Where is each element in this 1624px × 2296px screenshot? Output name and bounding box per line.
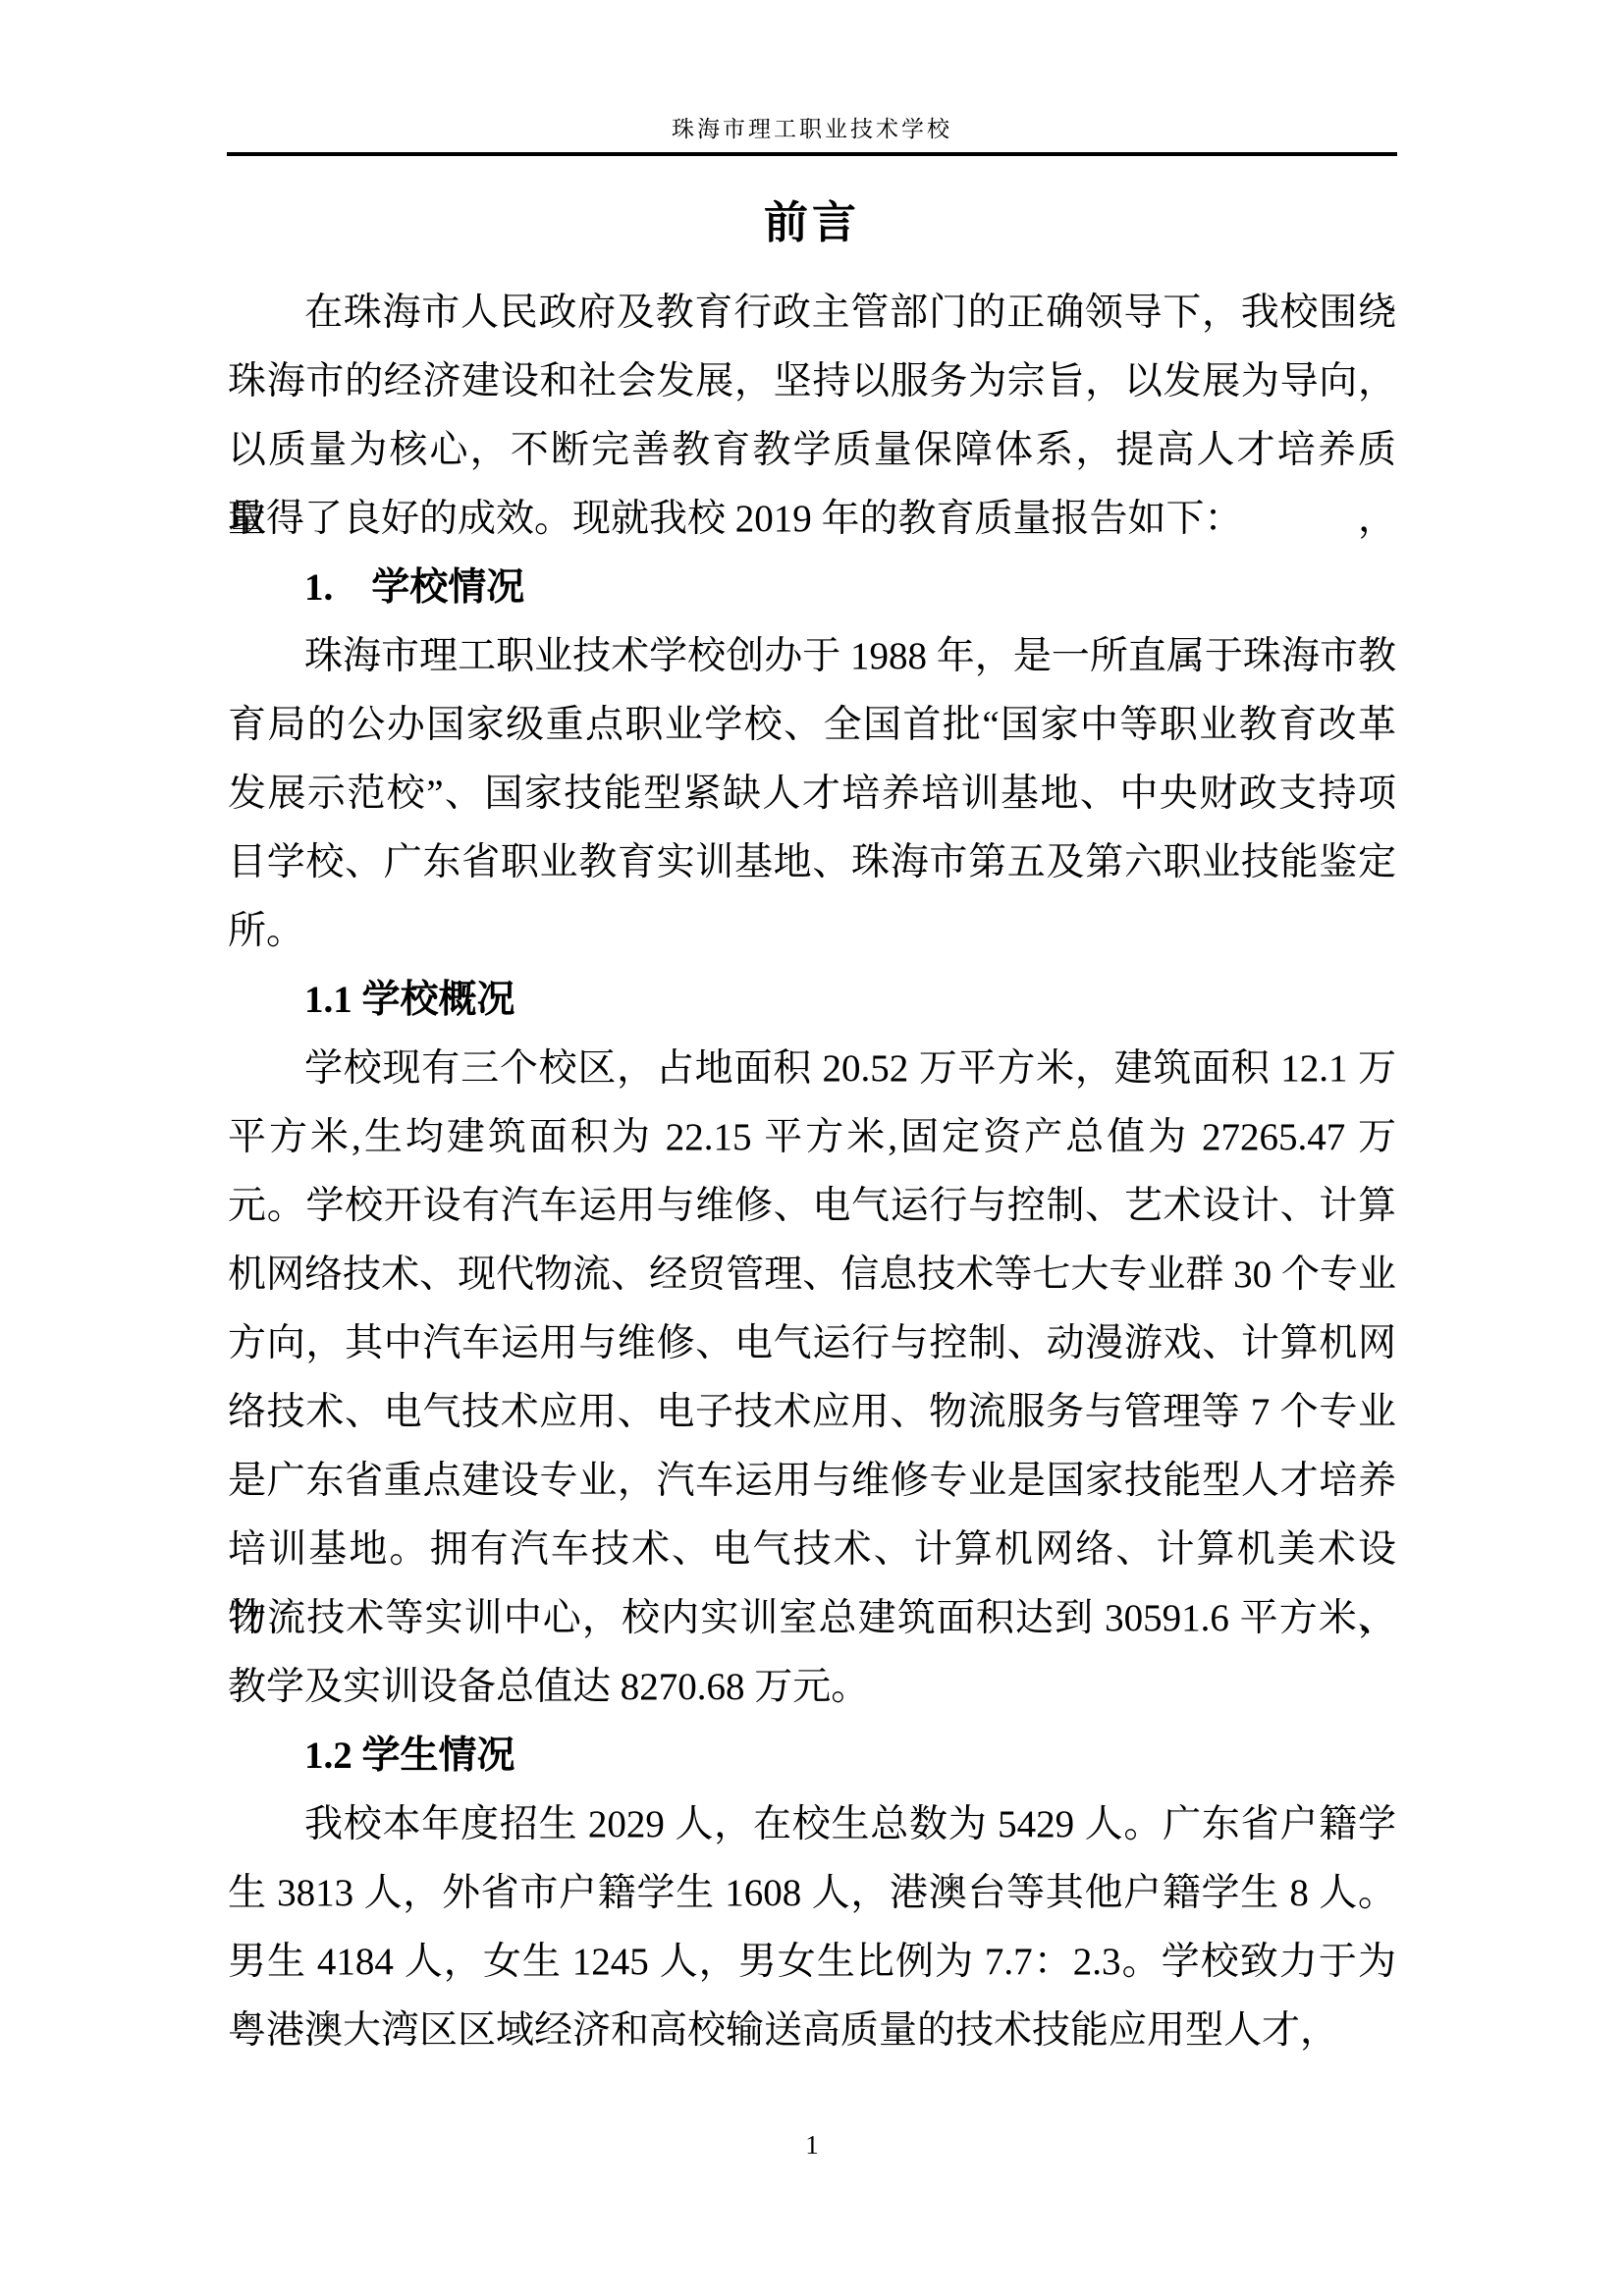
paragraph-3-line-5: 方向，其中汽车运用与维修、电气运行与控制、动漫游戏、计算机网 [228,1309,1396,1378]
paragraph-2-line-3: 发展示范校”、国家技能型紧缺人才培养培训基地、中央财政支持项 [228,760,1396,828]
paragraph-4-line-2: 生 3813 人，外省市户籍学生 1608 人，港澳台等其他户籍学生 8 人。 [228,1859,1396,1928]
paragraph-2-line-2: 育局的公办国家级重点职业学校、全国首批“国家中等职业教育改革 [228,691,1396,760]
header-rule [227,152,1397,156]
paragraph-1-line-3: 以质量为核心，不断完善教育教学质量保障体系，提高人才培养质量， [228,416,1396,485]
paragraph-3-line-1: 学校现有三个校区，占地面积 20.52 万平方米，建筑面积 12.1 万 [228,1035,1396,1103]
paragraph-4-line-4: 粤港澳大湾区区域经济和高校输送高质量的技术技能应用型人才， [228,1997,1396,2065]
document-body: 在珠海市人民政府及教育行政主管部门的正确领导下，我校围绕 珠海市的经济建设和社会… [228,279,1396,2065]
section-heading-1: 1. 学校情况 [228,554,1396,622]
paragraph-2-line-5: 所。 [228,897,1396,966]
paragraph-3-line-7: 是广东省重点建设专业，汽车运用与维修专业是国家技能型人才培养 [228,1447,1396,1516]
running-header-text: 珠海市理工职业技术学校 [672,117,952,141]
page-number: 1 [0,2128,1624,2162]
paragraph-1-line-1: 在珠海市人民政府及教育行政主管部门的正确领导下，我校围绕 [228,279,1396,347]
paragraph-3-line-8: 培训基地。拥有汽车技术、电气技术、计算机网络、计算机美术设计、 [228,1516,1396,1584]
paragraph-3-line-3: 元。学校开设有汽车运用与维修、电气运行与控制、艺术设计、计算 [228,1172,1396,1241]
document-page: 珠海市理工职业技术学校 前言 在珠海市人民政府及教育行政主管部门的正确领导下，我… [0,0,1624,2296]
section-heading-1-1: 1.1 学校概况 [228,966,1396,1035]
paragraph-3-line-4: 机网络技术、现代物流、经贸管理、信息技术等七大专业群 30 个专业 [228,1241,1396,1309]
paragraph-1-line-2: 珠海市的经济建设和社会发展，坚持以服务为宗旨，以发展为导向， [228,347,1396,416]
paragraph-3-line-9: 物流技术等实训中心，校内实训室总建筑面积达到 30591.6 平方米， [228,1584,1396,1653]
paragraph-2-line-4: 目学校、广东省职业教育实训基地、珠海市第五及第六职业技能鉴定 [228,828,1396,897]
paragraph-3-line-6: 络技术、电气技术应用、电子技术应用、物流服务与管理等 7 个专业 [228,1378,1396,1447]
document-title: 前言 [0,196,1624,249]
paragraph-1-line-4: 取得了良好的成效。现就我校 2019 年的教育质量报告如下： [228,485,1396,554]
paragraph-4-line-3: 男生 4184 人，女生 1245 人，男女生比例为 7.7：2.3。学校致力于… [228,1928,1396,1997]
paragraph-4-line-1: 我校本年度招生 2029 人，在校生总数为 5429 人。广东省户籍学 [228,1790,1396,1859]
paragraph-3-line-10: 教学及实训设备总值达 8270.68 万元。 [228,1653,1396,1722]
paragraph-3-line-2: 平方米,生均建筑面积为 22.15 平方米,固定资产总值为 27265.47 万 [228,1103,1396,1172]
section-heading-1-2: 1.2 学生情况 [228,1722,1396,1790]
paragraph-2-line-1: 珠海市理工职业技术学校创办于 1988 年，是一所直属于珠海市教 [228,622,1396,691]
running-header: 珠海市理工职业技术学校 [0,114,1624,145]
